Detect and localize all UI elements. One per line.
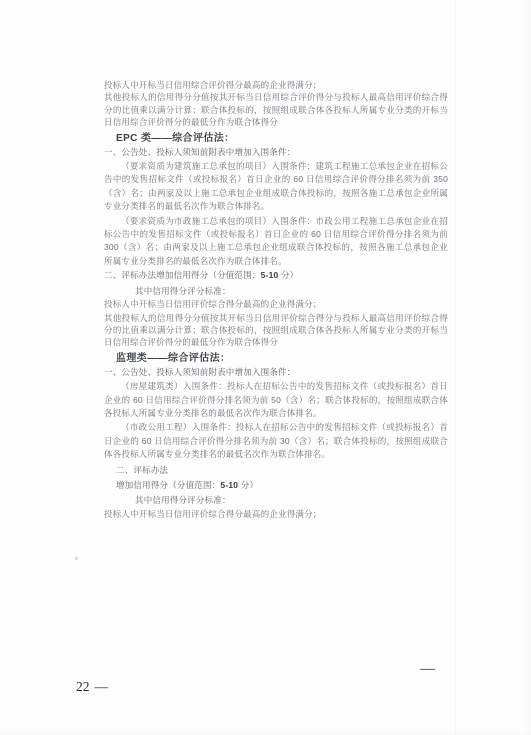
supervision-bonus-line: 增加信用得分（分值范围：5-10 分） [116, 479, 448, 492]
scan-speck [75, 557, 78, 560]
supervision-bonus-prefix: 增加信用得分（分值范围： [116, 480, 220, 490]
supervision-item2-title: 二、评标办法 [116, 464, 448, 477]
epc-item2-suffix: 分） [278, 270, 298, 280]
epc-item2-title: 二、评标办法增加信用得分（分值范围：5-10 分） [104, 269, 448, 282]
document-page: 投标人中开标当日信用综合评价得分最高的企业得满分； 其他投标人的信用得分分值按其… [0, 0, 531, 735]
supervision-para-housing: （房屋建筑类）入围条件：投标人在招标公告中的发售招标文件（或投标报名）首日企业的… [104, 380, 448, 420]
epc-para-construction: （要求资质为建筑施工总承包的项目）入围条件：建筑工程施工总承包企业在招标公告中的… [104, 160, 448, 214]
intro-full-score-line: 投标人中开标当日信用综合评价得分最高的企业得满分； [104, 79, 448, 91]
epc-item1-title: 一、公告处、投标人须知前附表中增加入围条件： [104, 146, 448, 159]
supervision-para-municipal: （市政公用工程）入围条件：投标人在招标公告中的发售招标文件（或投标报名）首日企业… [104, 421, 448, 461]
page-number-dash: — [95, 679, 109, 694]
intro-ratio-rule: 其他投标人的信用得分分值按其开标当日信用综合评价得分与投标人最高信用评价综合得分… [104, 91, 448, 128]
supervision-full-score-line: 投标人中开标当日信用评价综合得分最高的企业得满分； [104, 508, 448, 521]
epc-section-heading: EPC 类——综合评估法： [116, 132, 448, 145]
page-number: 22— [76, 679, 108, 695]
epc-criteria-label: 其中信用得分评分标准： [135, 285, 448, 298]
epc-score-range: 5-10 [261, 270, 279, 280]
epc-item2-prefix: 二、评标办法增加信用得分（分值范围： [104, 270, 261, 280]
scan-fold-line [455, 0, 456, 735]
page-number-value: 22 [76, 679, 90, 694]
epc-para-municipal: （要求资质为市政施工总承包的项目）入围条件：市政公用工程施工总承包企业在招标公告… [104, 215, 448, 269]
supervision-section-heading: 监理类——综合评估法： [116, 352, 448, 365]
document-content: 投标人中开标当日信用综合评价得分最高的企业得满分； 其他投标人的信用得分分值按其… [104, 79, 448, 521]
supervision-item1-title: 一、公告处、投标人须知前附表中增加入围条件： [104, 366, 448, 379]
epc-ratio-rule: 其他投标人的信用得分分值按其开标当日信用评价综合得分与投标人最高信用评价综合得分… [104, 312, 448, 349]
supervision-criteria-label: 其中信用得分评分标准： [135, 494, 448, 507]
right-margin-dash: — [420, 662, 435, 677]
epc-full-score-line: 投标人中开标当日信用评价综合得分最高的企业得满分； [104, 298, 448, 311]
supervision-score-range: 5-10 [220, 480, 238, 490]
supervision-bonus-suffix: 分） [238, 480, 258, 490]
